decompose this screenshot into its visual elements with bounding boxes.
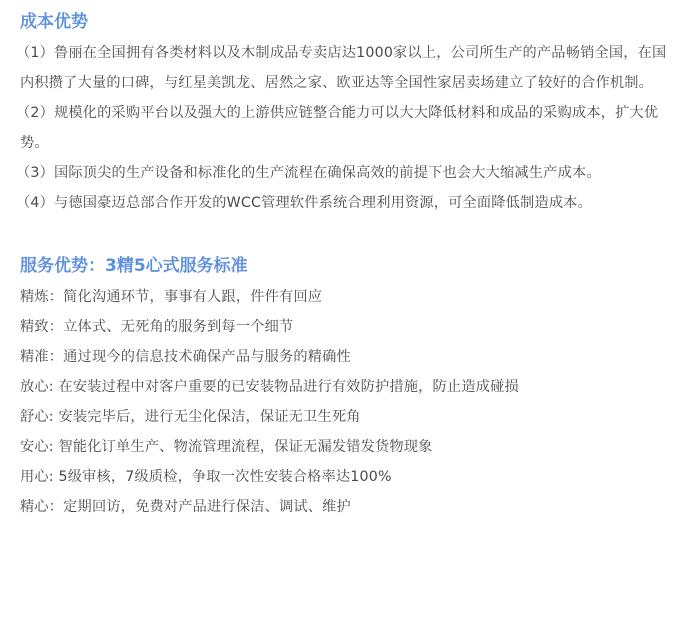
section-spacer (20, 218, 679, 252)
service-item-yongxin: 用心: 5级审核，7级质检，争取一次性安装合格率达100% (20, 462, 679, 492)
cost-paragraph-2: （2）规模化的采购平台以及强大的上游供应链整合能力可以大大降低材料和成品的采购成… (20, 98, 679, 158)
cost-advantage-heading: 成本优势 (20, 8, 679, 36)
service-item-fangxin: 放心: 在安装过程中对客户重要的已安装物品进行有效防护措施，防止造成碰损 (20, 372, 679, 402)
service-item-jinglian: 精炼：简化沟通环节，事事有人跟，件件有回应 (20, 282, 679, 312)
service-item-anxin: 安心: 智能化订单生产、物流管理流程，保证无漏发错发货物现象 (20, 432, 679, 462)
article-content: 成本优势 （1）鲁丽在全国拥有各类材料以及木制成品专卖店达1000家以上，公司所… (0, 0, 699, 522)
cost-paragraph-1: （1）鲁丽在全国拥有各类材料以及木制成品专卖店达1000家以上，公司所生产的产品… (20, 38, 679, 98)
cost-paragraph-3: （3）国际顶尖的生产设备和标准化的生产流程在确保高效的前提下也会大大缩减生产成本… (20, 158, 679, 188)
service-advantage-heading: 服务优势：3精5心式服务标准 (20, 252, 679, 280)
service-item-jingzhi: 精致：立体式、无死角的服务到每一个细节 (20, 312, 679, 342)
service-item-jingxin: 精心：定期回访，免费对产品进行保洁、调试、维护 (20, 492, 679, 522)
cost-paragraph-4: （4）与德国豪迈总部合作开发的WCC管理软件系统合理利用资源，可全面降低制造成本… (20, 188, 679, 218)
service-item-shuxin: 舒心: 安装完毕后，进行无尘化保洁，保证无卫生死角 (20, 402, 679, 432)
service-item-jingzhun: 精准：通过现今的信息技术确保产品与服务的精确性 (20, 342, 679, 372)
